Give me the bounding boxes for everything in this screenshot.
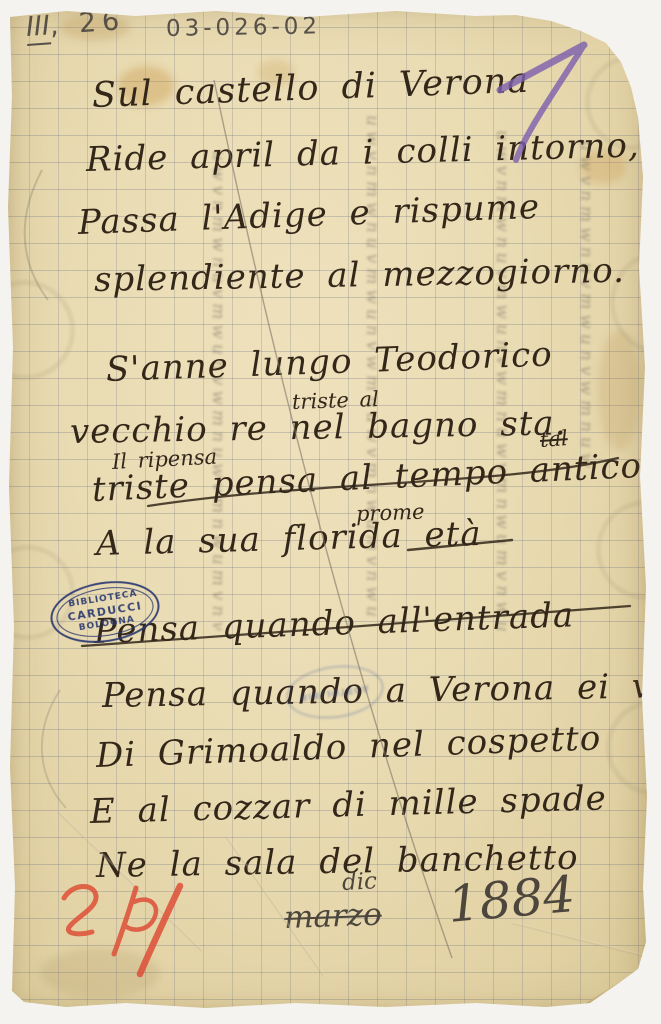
scanned-manuscript-page: { "scan": { "description": "Handwritten … bbox=[0, 0, 661, 1024]
paper-vignette bbox=[0, 0, 661, 1024]
manuscript-paper: uwvnmwnuvmwunvwmnuwvmnwumvnwu uwvnmwnuvm… bbox=[6, 7, 652, 1011]
